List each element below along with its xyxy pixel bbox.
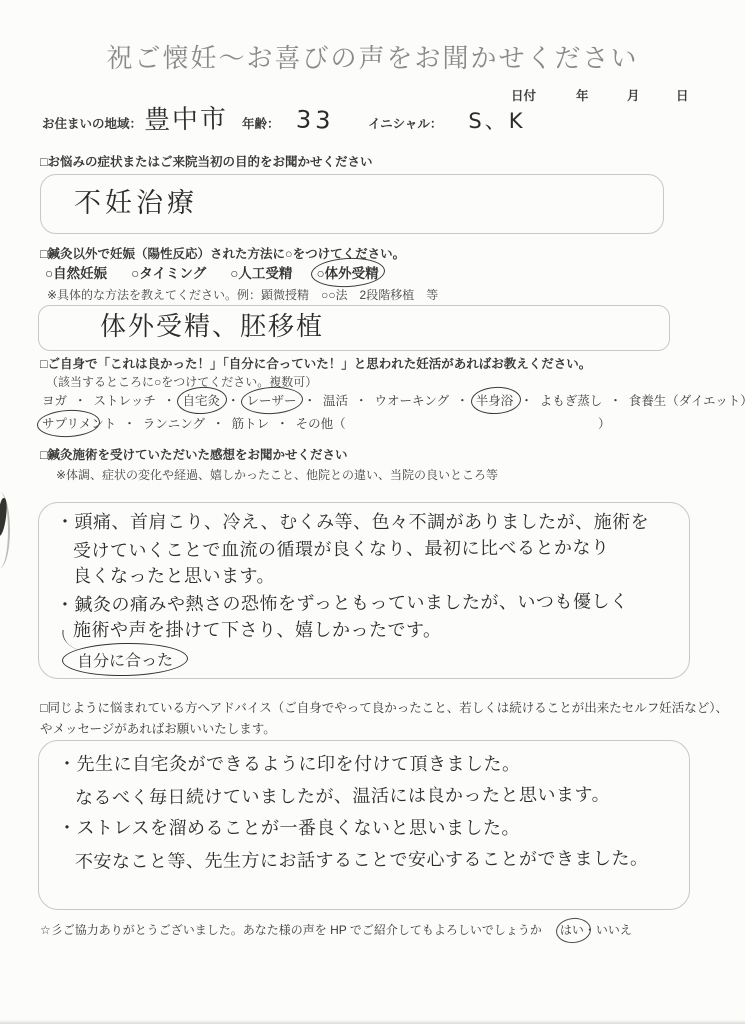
q4-answer-line: 受けていくことで血流の循環が良くなり、最初に比べるとかなり	[56, 534, 649, 565]
q5-answer-line: ・先生に自宅灸ができるように印を付けて頂きました。	[58, 749, 649, 781]
q3-option: 温活	[323, 391, 348, 409]
q3-other-close-paren: ）	[598, 414, 611, 432]
q2-options-row: ○自然妊娠○タイミング○人工受精○体外受精	[45, 262, 379, 282]
q5-answer-line: なるべく毎日続けていましたが、温活には良かったと思います。	[58, 779, 649, 815]
consent-choices: はい ・ いいえ	[560, 921, 632, 938]
q4-answer-text: ・頭痛、首肩こり、冷え、むくみ等、色々不調がありましたが、施術を受けていくことで…	[56, 509, 649, 644]
scanned-feedback-form: 祝ご懐妊～お喜びの声をお聞かせください 日付 年 月 日 お住まいの地域： 豊中…	[0, 0, 745, 1024]
q3-option: ウオーキング	[375, 391, 450, 409]
q5-answer-line: 不安なこと等、先生方にお話することで安心することができました。	[58, 843, 649, 879]
q4-note: ※体調、症状の変化や経過、嬉しかったこと、他院との違い、当院の良いところ等	[56, 466, 498, 483]
initial-label: イニシャル：	[368, 114, 442, 132]
separator-dot: ・	[74, 391, 87, 409]
consent-no: いいえ	[596, 921, 632, 938]
q2-option: ○自然妊娠	[45, 262, 107, 282]
q4-answer-line: ・頭痛、首肩こり、冷え、むくみ等、色々不調がありましたが、施術を	[56, 509, 649, 536]
q3-question: □ご自身で「これは良かった！」「自分に合っていた！」と思われた妊活があればお教え…	[40, 354, 591, 372]
q4-answer-line: 良くなったと思います。	[56, 563, 649, 590]
q3-option: 筋トレ	[232, 414, 270, 432]
q3-option: ヨガ	[42, 391, 67, 409]
q3-option: ランニング	[143, 414, 205, 432]
q3-option: 自宅灸	[182, 391, 220, 409]
age-label: 年齢：	[242, 114, 280, 132]
age-value: 33	[295, 105, 335, 134]
q3-options-row1: ヨガ・ストレッチ・自宅灸・レーザー・温活・ウオーキング・半身浴・よもぎ蒸し・食養…	[42, 391, 745, 409]
q2-option: ○タイミング	[131, 262, 206, 282]
q4-answer-line: 施術や声を掛けて下さり、嬉しかったです。	[56, 617, 649, 644]
day-label: 日	[676, 86, 689, 104]
q3-option: よもぎ蒸し	[540, 391, 603, 409]
consent-question: ☆彡ご協力ありがとうございました。あなた様の声を HP でご紹介してもよろしいで…	[40, 921, 542, 938]
separator-dot: ・	[163, 391, 176, 409]
q5-answer-line: ・ストレスを溜めることが一番良くないと思いました。	[58, 813, 649, 845]
separator-dot: ・	[520, 391, 533, 409]
q2-note: ※具体的な方法を教えてください。例：顕微授精 ○○法 2段階移植 等	[47, 286, 438, 303]
separator-dot: ・	[303, 391, 316, 409]
q3-option: 半身浴	[476, 391, 514, 409]
q2-option: ○人工受精	[230, 262, 292, 282]
consent-yes: はい	[560, 921, 584, 938]
q3-option: サプリメント	[42, 414, 116, 432]
form-title: 祝ご懐妊～お喜びの声をお聞かせください	[0, 38, 745, 75]
separator-dot: ・	[123, 414, 136, 432]
separator-dot: ・	[212, 414, 225, 432]
separator-dot: ・	[276, 414, 289, 432]
q5-question-line1: □同じように悩まれている方へアドバイス（ご自身でやって良かったこと、若しくは続け…	[40, 698, 728, 716]
region-value: 豊中市	[144, 98, 229, 136]
q3-option: その他（	[296, 414, 346, 432]
q2-option: ○体外受精	[316, 262, 378, 282]
separator-dot: ・	[227, 391, 240, 409]
q4-question: □鍼灸施術を受けていただいた感想をお聞かせください	[40, 445, 348, 463]
q4-answer-line: ・鍼灸の痛みや熱さの恐怖をずっともっていましたが、いつも優しく	[56, 588, 649, 619]
consent-row: ☆彡ご協力ありがとうございました。あなた様の声を HP でご紹介してもよろしいで…	[40, 921, 632, 938]
separator-dot: ・	[355, 391, 368, 409]
patient-meta-row: お住まいの地域： 豊中市 年齢： 33 イニシャル： S、K	[42, 99, 525, 136]
month-label: 月	[627, 86, 640, 104]
q5-answer-text: ・先生に自宅灸ができるように印を付けて頂きました。なるべく毎日続けていましたが、…	[58, 749, 649, 877]
region-label: お住まいの地域：	[42, 114, 142, 132]
q2-question: □鍼灸以外で妊娠（陽性反応）された方法に○をつけてください。	[40, 244, 405, 262]
q1-answer-text: 不妊治療	[74, 181, 198, 220]
q3-option: ストレッチ	[94, 391, 156, 409]
q1-question: □お悩みの症状またはご来院当初の目的をお聞かせください	[40, 152, 373, 170]
scan-bottom-shadow	[0, 1020, 745, 1024]
q3-options-row2: サプリメント・ランニング・筋トレ・その他（	[42, 414, 346, 432]
initial-value: S、K	[468, 105, 525, 135]
year-label: 年	[576, 86, 589, 104]
q3-note: （該当するところに○をつけてください。複数可）	[46, 373, 317, 390]
q5-question-line2: やメッセージがあればお願いいたします。	[40, 719, 276, 737]
q2-answer-text: 体外受精、胚移植	[100, 306, 324, 343]
separator-dot: ・	[456, 391, 469, 409]
q3-option: レーザー	[246, 391, 296, 409]
q3-option: 食養生（ダイエット）	[629, 391, 745, 409]
separator-dot: ・	[609, 391, 622, 409]
